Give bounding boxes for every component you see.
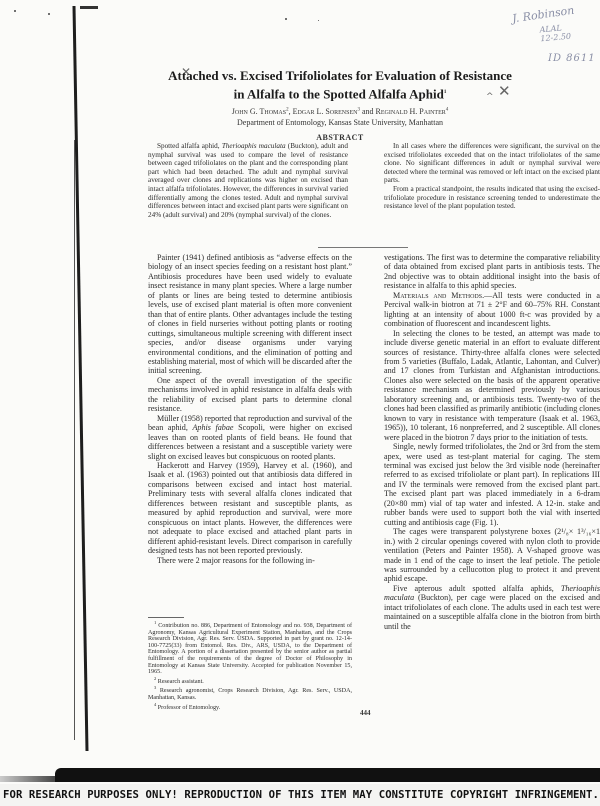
scan-speck <box>285 18 287 20</box>
footnote: 4 Professor of Entomology. <box>148 702 352 712</box>
abstract-paragraph: Spotted alfalfa aphid, Therioaphis macul… <box>148 142 348 219</box>
handwritten-x-mark-icon: ✕ <box>498 82 511 100</box>
scan-speck <box>318 20 319 21</box>
scan-page-edge-top <box>80 6 98 9</box>
author-joiner: and <box>362 107 374 116</box>
body-left-column: Painter (1941) defined antibiosis as “ad… <box>148 253 352 565</box>
body-paragraph: Müller (1958) reported that reproduction… <box>148 414 352 461</box>
handwritten-code-line2: 12-2.50 <box>540 32 571 44</box>
footnote-divider <box>148 617 184 618</box>
body-paragraph: There were 2 major reasons for the follo… <box>148 556 352 565</box>
footnote: 2 Research assistant. <box>148 676 352 686</box>
author-name: Edgar L. Sorensen <box>293 107 358 116</box>
body-paragraph: Hackerott and Harvey (1959), Harvey et a… <box>148 461 352 556</box>
body-right-column: vestigations. The first was to determine… <box>384 253 600 631</box>
author-name: Reginald H. Painter <box>376 107 446 116</box>
handwritten-caret-icon: ^ <box>486 92 494 102</box>
body-paragraph: Single, newly formed trifoliolates, the … <box>384 442 600 527</box>
footnote: 1 Contribution no. 886, Department of En… <box>148 620 352 676</box>
body-paragraph: The cages were transparent polystyrene b… <box>384 527 600 584</box>
abstract-right-column: In all cases where the differences were … <box>384 142 600 211</box>
body-paragraph: Materials and Methods.—All tests were co… <box>384 291 600 329</box>
body-paragraph: In selecting the clones to be tested, an… <box>384 329 600 442</box>
copyright-notice: FOR RESEARCH PURPOSES ONLY! REPRODUCTION… <box>0 784 600 806</box>
body-paragraph: Painter (1941) defined antibiosis as “ad… <box>148 253 352 376</box>
handwritten-code: ALAL 12-2.50 <box>539 23 571 44</box>
body-paragraph: One aspect of the overall investigation … <box>148 376 352 414</box>
abstract-paragraph: From a practical standpoint, the results… <box>384 185 600 211</box>
scan-speck <box>48 13 50 15</box>
article-title-line1: Attached vs. Excised Trifoliolates for E… <box>130 67 550 84</box>
abstract-left-column: Spotted alfalfa aphid, Therioaphis macul… <box>148 142 348 219</box>
footnotes: 1 Contribution no. 886, Department of En… <box>148 620 352 711</box>
species-name: Aphis fabae <box>192 423 233 432</box>
title-footnote-mark: 1 <box>444 90 447 95</box>
section-heading: Materials and Methods. <box>393 291 484 300</box>
scan-page-edge-inner <box>74 140 75 740</box>
affiliation: Department of Entomology, Kansas State U… <box>130 118 550 127</box>
abstract-paragraph: In all cases where the differences were … <box>384 142 600 185</box>
handwritten-id-number: ID 8611 <box>548 53 596 64</box>
abstract-divider <box>318 247 408 248</box>
abstract-heading: ABSTRACT <box>130 133 550 142</box>
page-number: 444 <box>360 709 371 717</box>
species-name: Therioaphis maculata <box>222 142 286 150</box>
scan-shadow <box>55 768 600 782</box>
body-paragraph: vestigations. The first was to determine… <box>384 253 600 291</box>
scan-speck <box>14 10 16 12</box>
body-paragraph: Five apterous adult spotted alfalfa aphi… <box>384 584 600 631</box>
footnote: 3 Research agronomist, Crops Research Di… <box>148 685 352 701</box>
author-line: John G. Thomas2, Edgar L. Sorensen3 and … <box>130 107 550 116</box>
author-name: John G. Thomas <box>232 107 286 116</box>
